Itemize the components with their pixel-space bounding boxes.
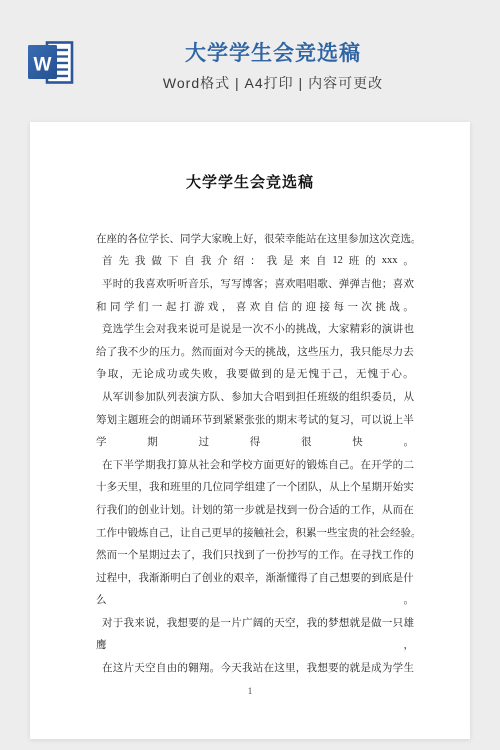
- page-title: 大学学生会竞选稿: [46, 42, 500, 66]
- text-line: 在这片天空自由的翱翔。今天我站在这里，我想要的就是成为学生: [96, 656, 414, 679]
- text-line: 么。: [96, 589, 414, 612]
- text-line: 竞选学生会对我来说可是说是一次不小的挑战，大家精彩的演讲也: [96, 317, 414, 340]
- text-line: 首先我做下自我介绍：我是来自12班的xxx。: [96, 250, 414, 273]
- text-line: 工作中锻炼自己，让自己更早的接触社会，积累一些宝贵的社会经验。: [96, 521, 414, 544]
- text-line: 从军训参加队列表演方队、参加大合唱到担任班级的组织委员，从: [96, 385, 414, 408]
- document-page: 大学学生会竞选稿 在座的各位学长、同学大家晚上好，很荣幸能站在这里参加这次竞选。…: [30, 122, 470, 739]
- text-line: 筹划主题班会的朗诵环节到紧紧张张的期末考试的复习，可以说上半: [96, 408, 414, 431]
- text-line: 对于我来说，我想要的是一片广阔的天空，我的梦想就是做一只雄: [96, 611, 414, 634]
- text-line: 行我们的创业计划。计划的第一步就是找到一份合适的工作，从而在: [96, 498, 414, 521]
- text-line: 在下半学期我打算从社会和学校方面更好的锻炼自己。在开学的二: [96, 453, 414, 476]
- header: 大学学生会竞选稿 Word格式 | A4打印 | 内容可更改: [46, 42, 500, 91]
- text-line: 十多天里，我和班里的几位同学组建了一个团队，从上个星期开始实: [96, 476, 414, 499]
- text-line: 鹰，: [96, 634, 414, 657]
- page-subtitle: Word格式 | A4打印 | 内容可更改: [46, 75, 500, 91]
- text-line: 然而一个星期过去了，我们只找到了一份抄写的工作。在寻找工作的: [96, 543, 414, 566]
- text-line: 平时的我喜欢听听音乐，写写博客；喜欢唱唱歌、弹弹吉他；喜欢: [96, 272, 414, 295]
- text-line: 在座的各位学长、同学大家晚上好，很荣幸能站在这里参加这次竞选。: [96, 227, 414, 250]
- text-line: 给了我不少的压力。然而面对今天的挑战，这些压力，我只能尽力去: [96, 340, 414, 363]
- text-line: 和同学们一起打游戏，喜欢自信的迎接每一次挑战。: [96, 295, 414, 318]
- document-body: 在座的各位学长、同学大家晚上好，很荣幸能站在这里参加这次竞选。首先我做下自我介绍…: [30, 227, 470, 679]
- text-line: 争取，无论成功或失败，我要做到的是无愧于己，无愧于心。: [96, 363, 414, 386]
- text-line: 过程中，我渐渐明白了创业的艰辛，渐渐懂得了自己想要的到底是什: [96, 566, 414, 589]
- text-line: 学期过得很快。: [96, 430, 414, 453]
- document-title: 大学学生会竞选稿: [30, 122, 470, 191]
- page-number: 1: [30, 686, 470, 696]
